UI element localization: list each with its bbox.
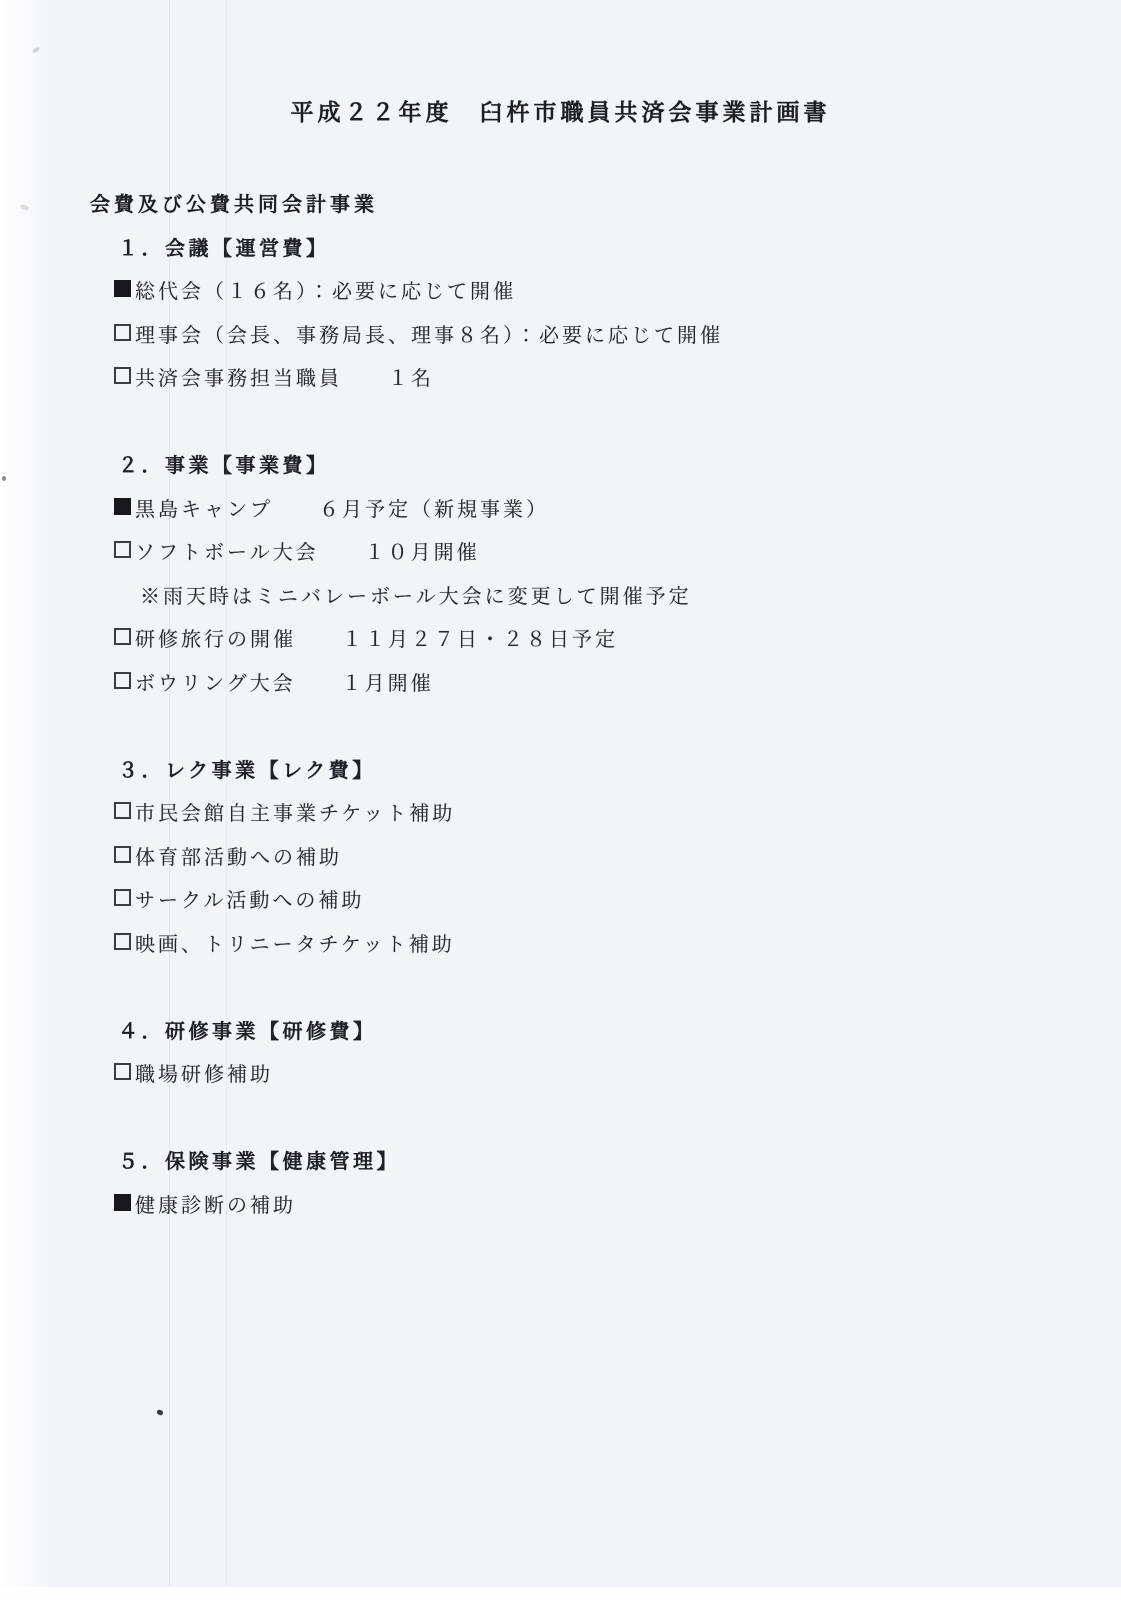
scan-bottom-edge xyxy=(0,1587,1121,1600)
checkbox-empty-icon xyxy=(114,846,131,863)
section-heading: ３．レク事業【レク費】 xyxy=(0,747,1121,791)
section-heading: ５．保険事業【健康管理】 xyxy=(0,1138,1121,1182)
plan-item: 共済会事務担当職員 １名 xyxy=(0,355,1121,399)
scan-speck xyxy=(156,1409,164,1416)
plan-item-text: ボウリング大会 １月開催 xyxy=(135,667,434,696)
plan-item: 映画、トリニータチケット補助 xyxy=(0,921,1121,965)
plan-item-text: サークル活動への補助 xyxy=(135,884,364,913)
checkbox-filled-icon xyxy=(114,280,131,297)
plan-item-text: 市民会館自主事業チケット補助 xyxy=(135,797,455,826)
plan-item: 理事会（会長、事務局長、理事８名）：必要に応じて開催 xyxy=(0,312,1121,356)
plan-item-text: 共済会事務担当職員 １名 xyxy=(135,362,434,391)
plan-item-text: 理事会（会長、事務局長、理事８名）：必要に応じて開催 xyxy=(135,319,723,348)
checkbox-filled-icon xyxy=(114,1194,131,1211)
checkbox-empty-icon xyxy=(114,628,131,645)
checkbox-empty-icon xyxy=(114,541,131,558)
checkbox-empty-icon xyxy=(114,1063,131,1080)
plan-item-text: 総代会（１６名）：必要に応じて開催 xyxy=(135,275,516,304)
blank-line xyxy=(0,1095,1121,1139)
plan-item: ボウリング大会 １月開催 xyxy=(0,660,1121,704)
checkbox-empty-icon xyxy=(114,324,131,341)
document-body: 会費及び公費共同会計事業 １．会議【運営費】総代会（１６名）：必要に応じて開催理… xyxy=(0,181,1121,1225)
plan-item-text: 映画、トリニータチケット補助 xyxy=(135,928,455,957)
document-title: 平成２２年度 臼杵市職員共済会事業計画書 xyxy=(0,88,1121,132)
plan-item-text: 体育部活動への補助 xyxy=(135,841,342,870)
account-section-heading: 会費及び公費共同会計事業 xyxy=(0,181,1121,225)
plan-item: ソフトボール大会 １０月開催 xyxy=(0,529,1121,573)
plan-item: 市民会館自主事業チケット補助 xyxy=(0,790,1121,834)
blank-line xyxy=(0,703,1121,747)
plan-item: 総代会（１６名）：必要に応じて開催 xyxy=(0,268,1121,312)
checkbox-empty-icon xyxy=(114,933,131,950)
checkbox-empty-icon xyxy=(114,672,131,689)
section-heading: ４．研修事業【研修費】 xyxy=(0,1008,1121,1052)
plan-item: 黒島キャンプ ６月予定（新規事業） xyxy=(0,486,1121,530)
scan-speck xyxy=(32,46,41,53)
plan-item: 健康診断の補助 xyxy=(0,1182,1121,1226)
section-heading: ２．事業【事業費】 xyxy=(0,442,1121,486)
plan-item-text: 健康診断の補助 xyxy=(135,1189,296,1218)
plan-item: 職場研修補助 xyxy=(0,1051,1121,1095)
plan-item: 体育部活動への補助 xyxy=(0,834,1121,878)
scanned-document-page: 平成２２年度 臼杵市職員共済会事業計画書 会費及び公費共同会計事業 １．会議【運… xyxy=(0,0,1121,1600)
scan-speck xyxy=(2,476,6,481)
plan-item-text: 黒島キャンプ ６月予定（新規事業） xyxy=(135,493,549,522)
plan-item: サークル活動への補助 xyxy=(0,877,1121,921)
plan-item-text: 職場研修補助 xyxy=(135,1058,273,1087)
plan-item: 研修旅行の開催 １１月２７日・２８日予定 xyxy=(0,616,1121,660)
checkbox-filled-icon xyxy=(114,498,131,515)
blank-line xyxy=(0,964,1121,1008)
sections-container: １．会議【運営費】総代会（１６名）：必要に応じて開催理事会（会長、事務局長、理事… xyxy=(0,225,1121,1226)
checkbox-empty-icon xyxy=(114,889,131,906)
blank-line xyxy=(0,399,1121,443)
plan-item-text: ソフトボール大会 １０月開催 xyxy=(135,536,480,565)
plan-item-text: ※雨天時はミニバレーボール大会に変更して開催予定 xyxy=(140,580,692,609)
plan-item-text: 研修旅行の開催 １１月２７日・２８日予定 xyxy=(135,623,618,652)
checkbox-empty-icon xyxy=(114,367,131,384)
checkbox-empty-icon xyxy=(114,802,131,819)
note-line: ※雨天時はミニバレーボール大会に変更して開催予定 xyxy=(0,573,1121,617)
section-heading: １．会議【運営費】 xyxy=(0,225,1121,269)
